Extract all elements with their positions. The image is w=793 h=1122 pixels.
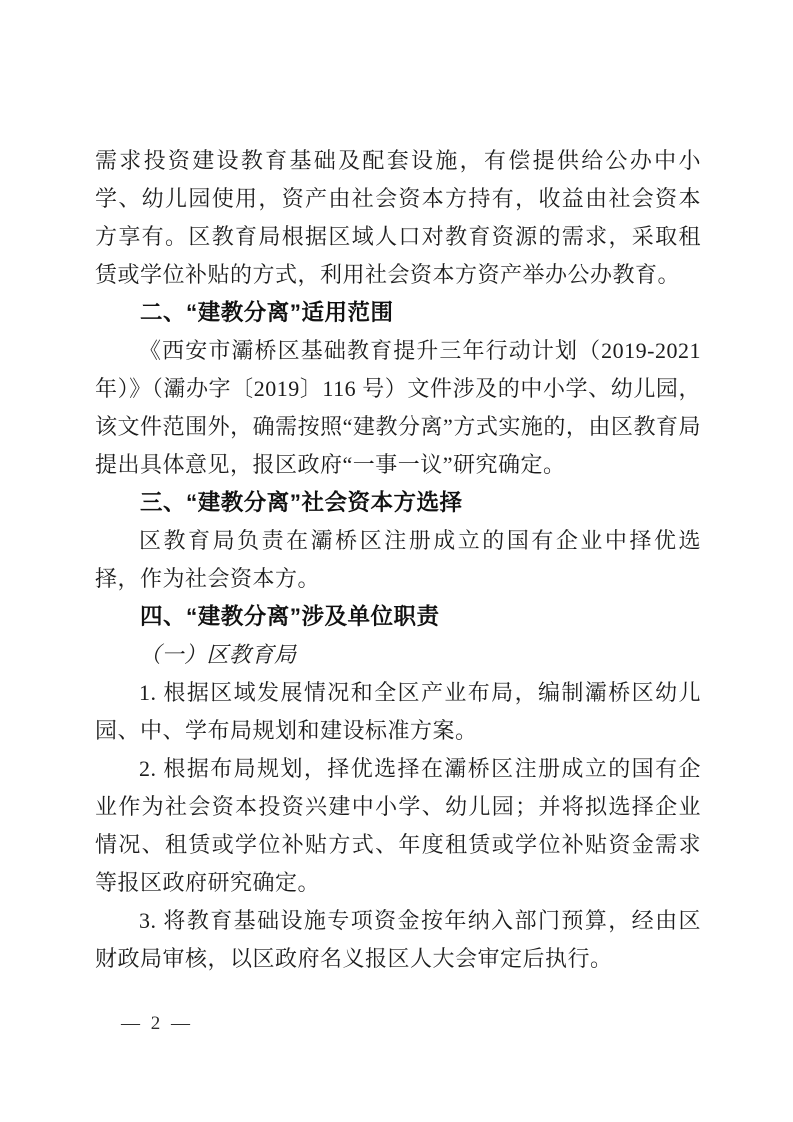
sub-heading-education-bureau: （一）区教育局	[95, 636, 701, 674]
section-heading-4: 四、“建教分离”涉及单位职责	[95, 598, 701, 636]
paragraph-continuation: 需求投资建设教育基础及配套设施，有偿提供给公办中小学、幼儿园使用，资产由社会资本…	[95, 142, 701, 294]
document-page: 需求投资建设教育基础及配套设施，有偿提供给公办中小学、幼儿园使用，资产由社会资本…	[0, 0, 793, 1122]
paragraph-item-2: 2. 根据布局规划，择优选择在灞桥区注册成立的国有企业作为社会资本投资兴建中小学…	[95, 750, 701, 902]
paragraph-capital-selection: 区教育局负责在灞桥区注册成立的国有企业中择优选择，作为社会资本方。	[95, 522, 701, 598]
section-heading-3: 三、“建教分离”社会资本方选择	[95, 484, 701, 522]
page-number: — 2 —	[121, 1010, 193, 1038]
paragraph-item-3: 3. 将教育基础设施专项资金按年纳入部门预算，经由区财政局审核，以区政府名义报区…	[95, 902, 701, 978]
paragraph-item-1: 1. 根据区域发展情况和全区产业布局，编制灞桥区幼儿园、中、学布局规划和建设标准…	[95, 674, 701, 750]
document-body: 需求投资建设教育基础及配套设施，有偿提供给公办中小学、幼儿园使用，资产由社会资本…	[95, 142, 701, 978]
section-heading-2: 二、“建教分离”适用范围	[95, 294, 701, 332]
paragraph-scope: 《西安市灞桥区基础教育提升三年行动计划（2019-2021年）》（灞办字〔201…	[95, 332, 701, 484]
